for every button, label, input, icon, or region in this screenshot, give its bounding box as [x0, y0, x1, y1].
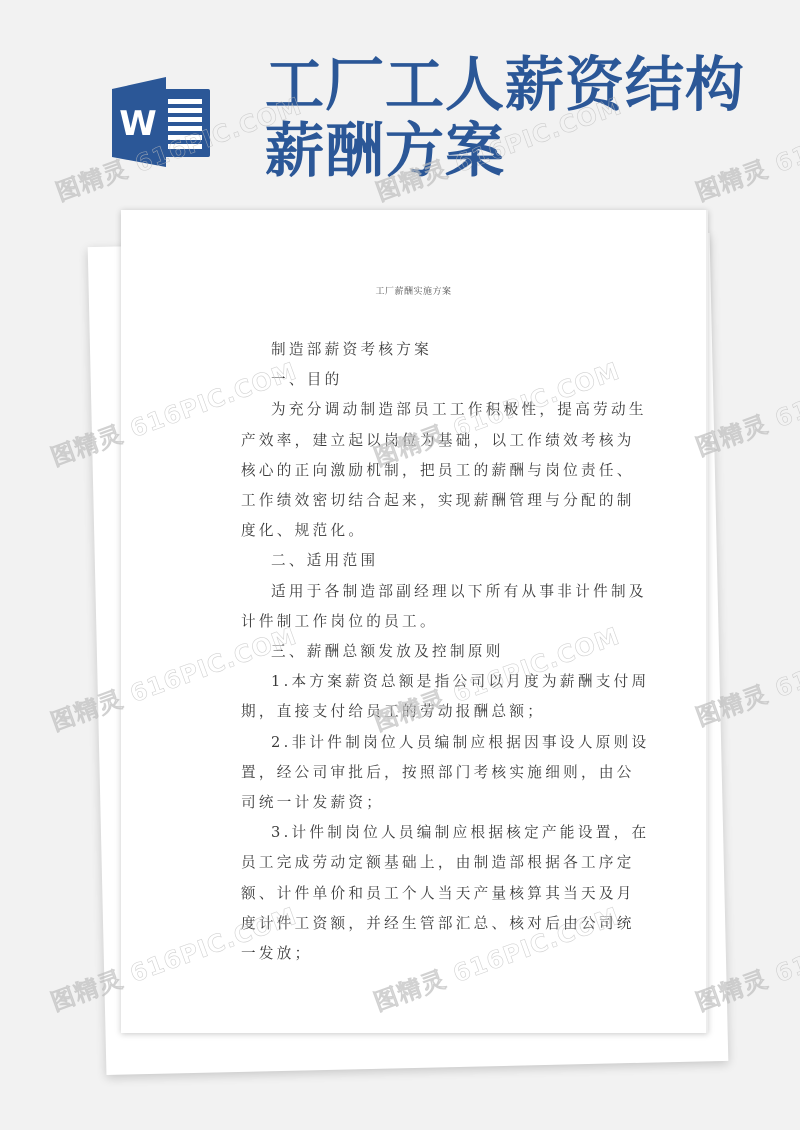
- title-line-1: 工厂工人薪资结构: [265, 52, 745, 118]
- document-body: 制造部薪资考核方案 一、目的 为充分调动制造部员工工作积极性，提高劳动生产效率，…: [241, 335, 651, 969]
- list-item-1: 1.本方案薪资总额是指公司以月度为薪酬支付周期，直接支付给员工的劳动报酬总额；: [241, 667, 651, 727]
- section-heading-principles: 三、薪酬总额发放及控制原则: [241, 637, 651, 667]
- document-page: 工厂薪酬实施方案 制造部薪资考核方案 一、目的 为充分调动制造部员工工作积极性，…: [121, 210, 708, 1033]
- running-header: 工厂薪酬实施方案: [121, 284, 706, 297]
- section-heading-purpose: 一、目的: [241, 365, 651, 395]
- doc-heading: 制造部薪资考核方案: [241, 335, 651, 365]
- list-item-3: 3.计件制岗位人员编制应根据核定产能设置，在员工完成劳动定额基础上，由制造部根据…: [241, 818, 651, 969]
- list-item-2: 2.非计件制岗位人员编制应根据因事设人原则设置，经公司审批后，按照部门考核实施细…: [241, 728, 651, 819]
- svg-text:W: W: [119, 104, 157, 144]
- preview-header: W 工厂工人薪资结构 薪酬方案: [0, 0, 800, 200]
- paragraph-purpose: 为充分调动制造部员工工作积极性，提高劳动生产效率，建立起以岗位为基础，以工作绩效…: [241, 395, 651, 546]
- page-title: 工厂工人薪资结构 薪酬方案: [265, 52, 745, 184]
- title-line-2: 薪酬方案: [265, 118, 745, 184]
- microsoft-word-icon: W: [110, 77, 214, 167]
- paragraph-scope: 适用于各制造部副经理以下所有从事非计件制及计件制工作岗位的员工。: [241, 577, 651, 637]
- section-heading-scope: 二、适用范围: [241, 546, 651, 576]
